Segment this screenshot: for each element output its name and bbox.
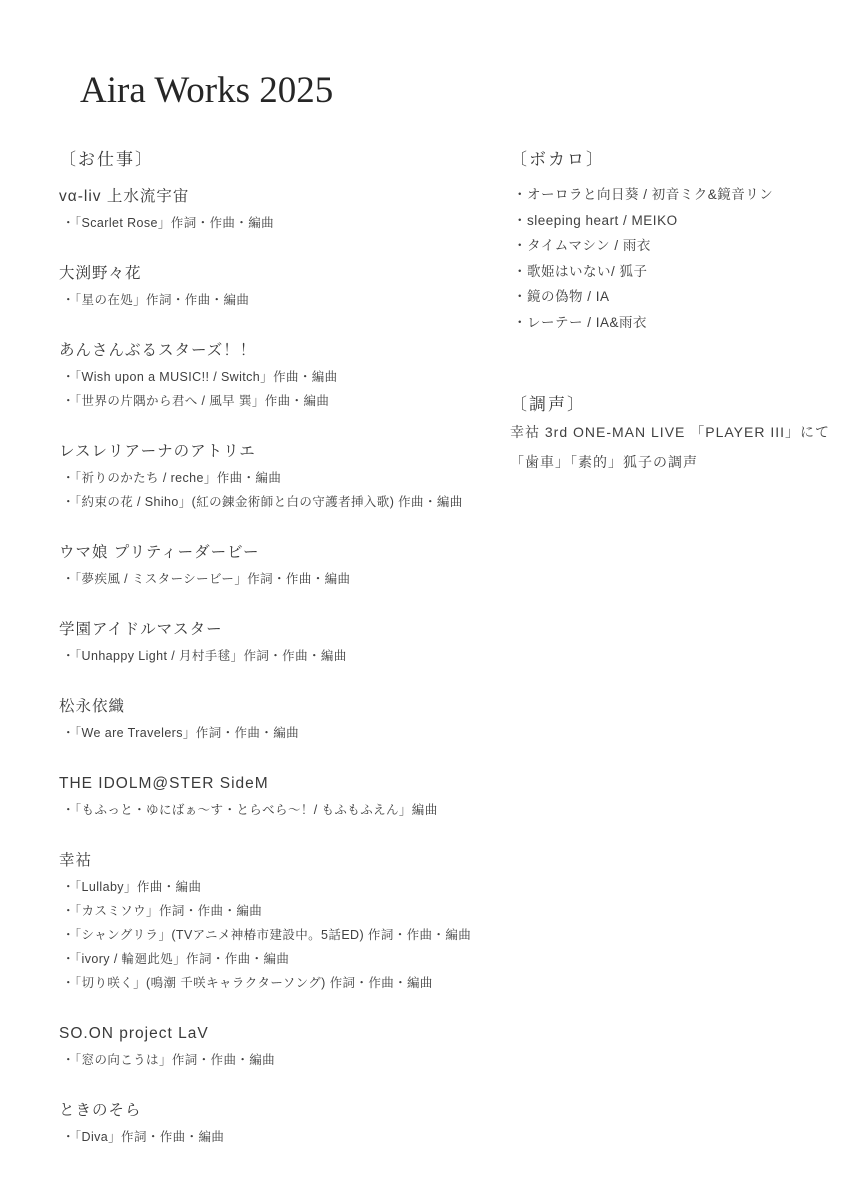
tuning-section: 〔調声〕 幸祜 3rd ONE-MAN LIVE 「PLAYER III」にて「… xyxy=(510,393,848,471)
work-item: ・「Unhappy Light / 月村手毬」作詞・作曲・編曲 xyxy=(59,649,519,664)
work-item: ・「We are Travelers」作詞・作曲・編曲 xyxy=(59,726,519,741)
work-item: ・「星の在処」作詞・作曲・編曲 xyxy=(59,293,519,308)
work-group: 幸祜・「Lullaby」作曲・編曲・「カスミソウ」作詞・作曲・編曲・「シャングリ… xyxy=(59,851,519,991)
vocaloid-section-header: 〔ボカロ〕 xyxy=(510,148,848,172)
work-item: ・「世界の片隅から君へ / 風早 巽」作曲・編曲 xyxy=(59,394,519,409)
work-item: ・「Diva」作詞・作曲・編曲 xyxy=(59,1130,519,1145)
works-section-header: 〔お仕事〕 xyxy=(59,148,519,172)
vocaloid-item: ・レーテー / IA&雨衣 xyxy=(510,315,848,331)
vocaloid-item: ・タイムマシン / 雨衣 xyxy=(510,238,848,254)
vocaloid-item: ・歌姫はいない/ 狐子 xyxy=(510,264,848,280)
work-group-name: 学園アイドルマスター xyxy=(59,620,519,639)
right-column: 〔ボカロ〕 ・オーロラと向日葵 / 初音ミク&鏡音リン・sleeping hea… xyxy=(510,148,848,471)
work-item: ・「Scarlet Rose」作詞・作曲・編曲 xyxy=(59,216,519,231)
work-item: ・「Lullaby」作曲・編曲 xyxy=(59,880,519,895)
work-item: ・「カスミソウ」作詞・作曲・編曲 xyxy=(59,904,519,919)
works-section: 〔お仕事〕 vα-liv 上水流宇宙・「Scarlet Rose」作詞・作曲・編… xyxy=(59,148,519,1178)
work-item: ・「ivory / 輪廻此処」作詞・作曲・編曲 xyxy=(59,952,519,967)
work-group-name: あんさんぶるスターズ！！ xyxy=(59,341,519,360)
work-group-name: 幸祜 xyxy=(59,851,519,870)
work-group: あんさんぶるスターズ！！・「Wish upon a MUSIC!! / Swit… xyxy=(59,341,519,409)
tuning-line: 「歯車」「素的」狐子の調声 xyxy=(510,454,848,471)
work-group-name: vα-liv 上水流宇宙 xyxy=(59,187,519,206)
vocaloid-item: ・sleeping heart / MEIKO xyxy=(510,213,848,229)
vocaloid-section: 〔ボカロ〕 ・オーロラと向日葵 / 初音ミク&鏡音リン・sleeping hea… xyxy=(510,148,848,331)
work-group: 学園アイドルマスター・「Unhappy Light / 月村手毬」作詞・作曲・編… xyxy=(59,620,519,664)
work-item: ・「Wish upon a MUSIC!! / Switch」作曲・編曲 xyxy=(59,370,519,385)
work-group: 松永依織・「We are Travelers」作詞・作曲・編曲 xyxy=(59,697,519,741)
work-item: ・「約束の花 / Shiho」(紅の錬金術師と白の守護者挿入歌) 作曲・編曲 xyxy=(59,495,519,510)
work-group: ウマ娘 プリティーダービー・「夢疾風 / ミスターシービー」作詞・作曲・編曲 xyxy=(59,543,519,587)
work-group-name: ときのそら xyxy=(59,1101,519,1120)
work-group: SO.ON project LaV・「窓の向こうは」作詞・作曲・編曲 xyxy=(59,1024,519,1068)
vocaloid-item: ・鏡の偽物 / IA xyxy=(510,289,848,305)
work-item: ・「窓の向こうは」作詞・作曲・編曲 xyxy=(59,1053,519,1068)
work-group: vα-liv 上水流宇宙・「Scarlet Rose」作詞・作曲・編曲 xyxy=(59,187,519,231)
page-title: Aira Works 2025 xyxy=(80,72,333,110)
work-group-name: SO.ON project LaV xyxy=(59,1024,519,1043)
tuning-lines: 幸祜 3rd ONE-MAN LIVE 「PLAYER III」にて「歯車」「素… xyxy=(510,424,848,471)
work-item: ・「夢疾風 / ミスターシービー」作詞・作曲・編曲 xyxy=(59,572,519,587)
work-item: ・「祈りのかたち / reche」作曲・編曲 xyxy=(59,471,519,486)
vocaloid-item: ・オーロラと向日葵 / 初音ミク&鏡音リン xyxy=(510,187,848,203)
work-group: ときのそら・「Diva」作詞・作曲・編曲 xyxy=(59,1101,519,1145)
work-group: レスレリアーナのアトリエ・「祈りのかたち / reche」作曲・編曲・「約束の花… xyxy=(59,442,519,510)
work-group: THE IDOLM@STER SideM・「もふっと・ゆにばぁ～す・とらべら～！… xyxy=(59,774,519,818)
work-item: ・「もふっと・ゆにばぁ～す・とらべら～！/ もふもふえん」編曲 xyxy=(59,803,519,818)
work-group-name: 松永依織 xyxy=(59,697,519,716)
work-group-name: ウマ娘 プリティーダービー xyxy=(59,543,519,562)
tuning-line: 幸祜 3rd ONE-MAN LIVE 「PLAYER III」にて xyxy=(510,424,848,441)
work-item: ・「シャングリラ」(TVアニメ神椿市建設中。5話ED) 作詞・作曲・編曲 xyxy=(59,928,519,943)
works-groups: vα-liv 上水流宇宙・「Scarlet Rose」作詞・作曲・編曲大渕野々花… xyxy=(59,187,519,1145)
vocaloid-items: ・オーロラと向日葵 / 初音ミク&鏡音リン・sleeping heart / M… xyxy=(510,187,848,331)
tuning-section-header: 〔調声〕 xyxy=(510,393,848,417)
work-group: 大渕野々花・「星の在処」作詞・作曲・編曲 xyxy=(59,264,519,308)
work-group-name: THE IDOLM@STER SideM xyxy=(59,774,519,793)
work-group-name: 大渕野々花 xyxy=(59,264,519,283)
page: Aira Works 2025 〔お仕事〕 vα-liv 上水流宇宙・「Scar… xyxy=(0,0,848,1199)
work-item: ・「切り咲く」(鳴潮 千咲キャラクターソング) 作詞・作曲・編曲 xyxy=(59,976,519,991)
work-group-name: レスレリアーナのアトリエ xyxy=(59,442,519,461)
